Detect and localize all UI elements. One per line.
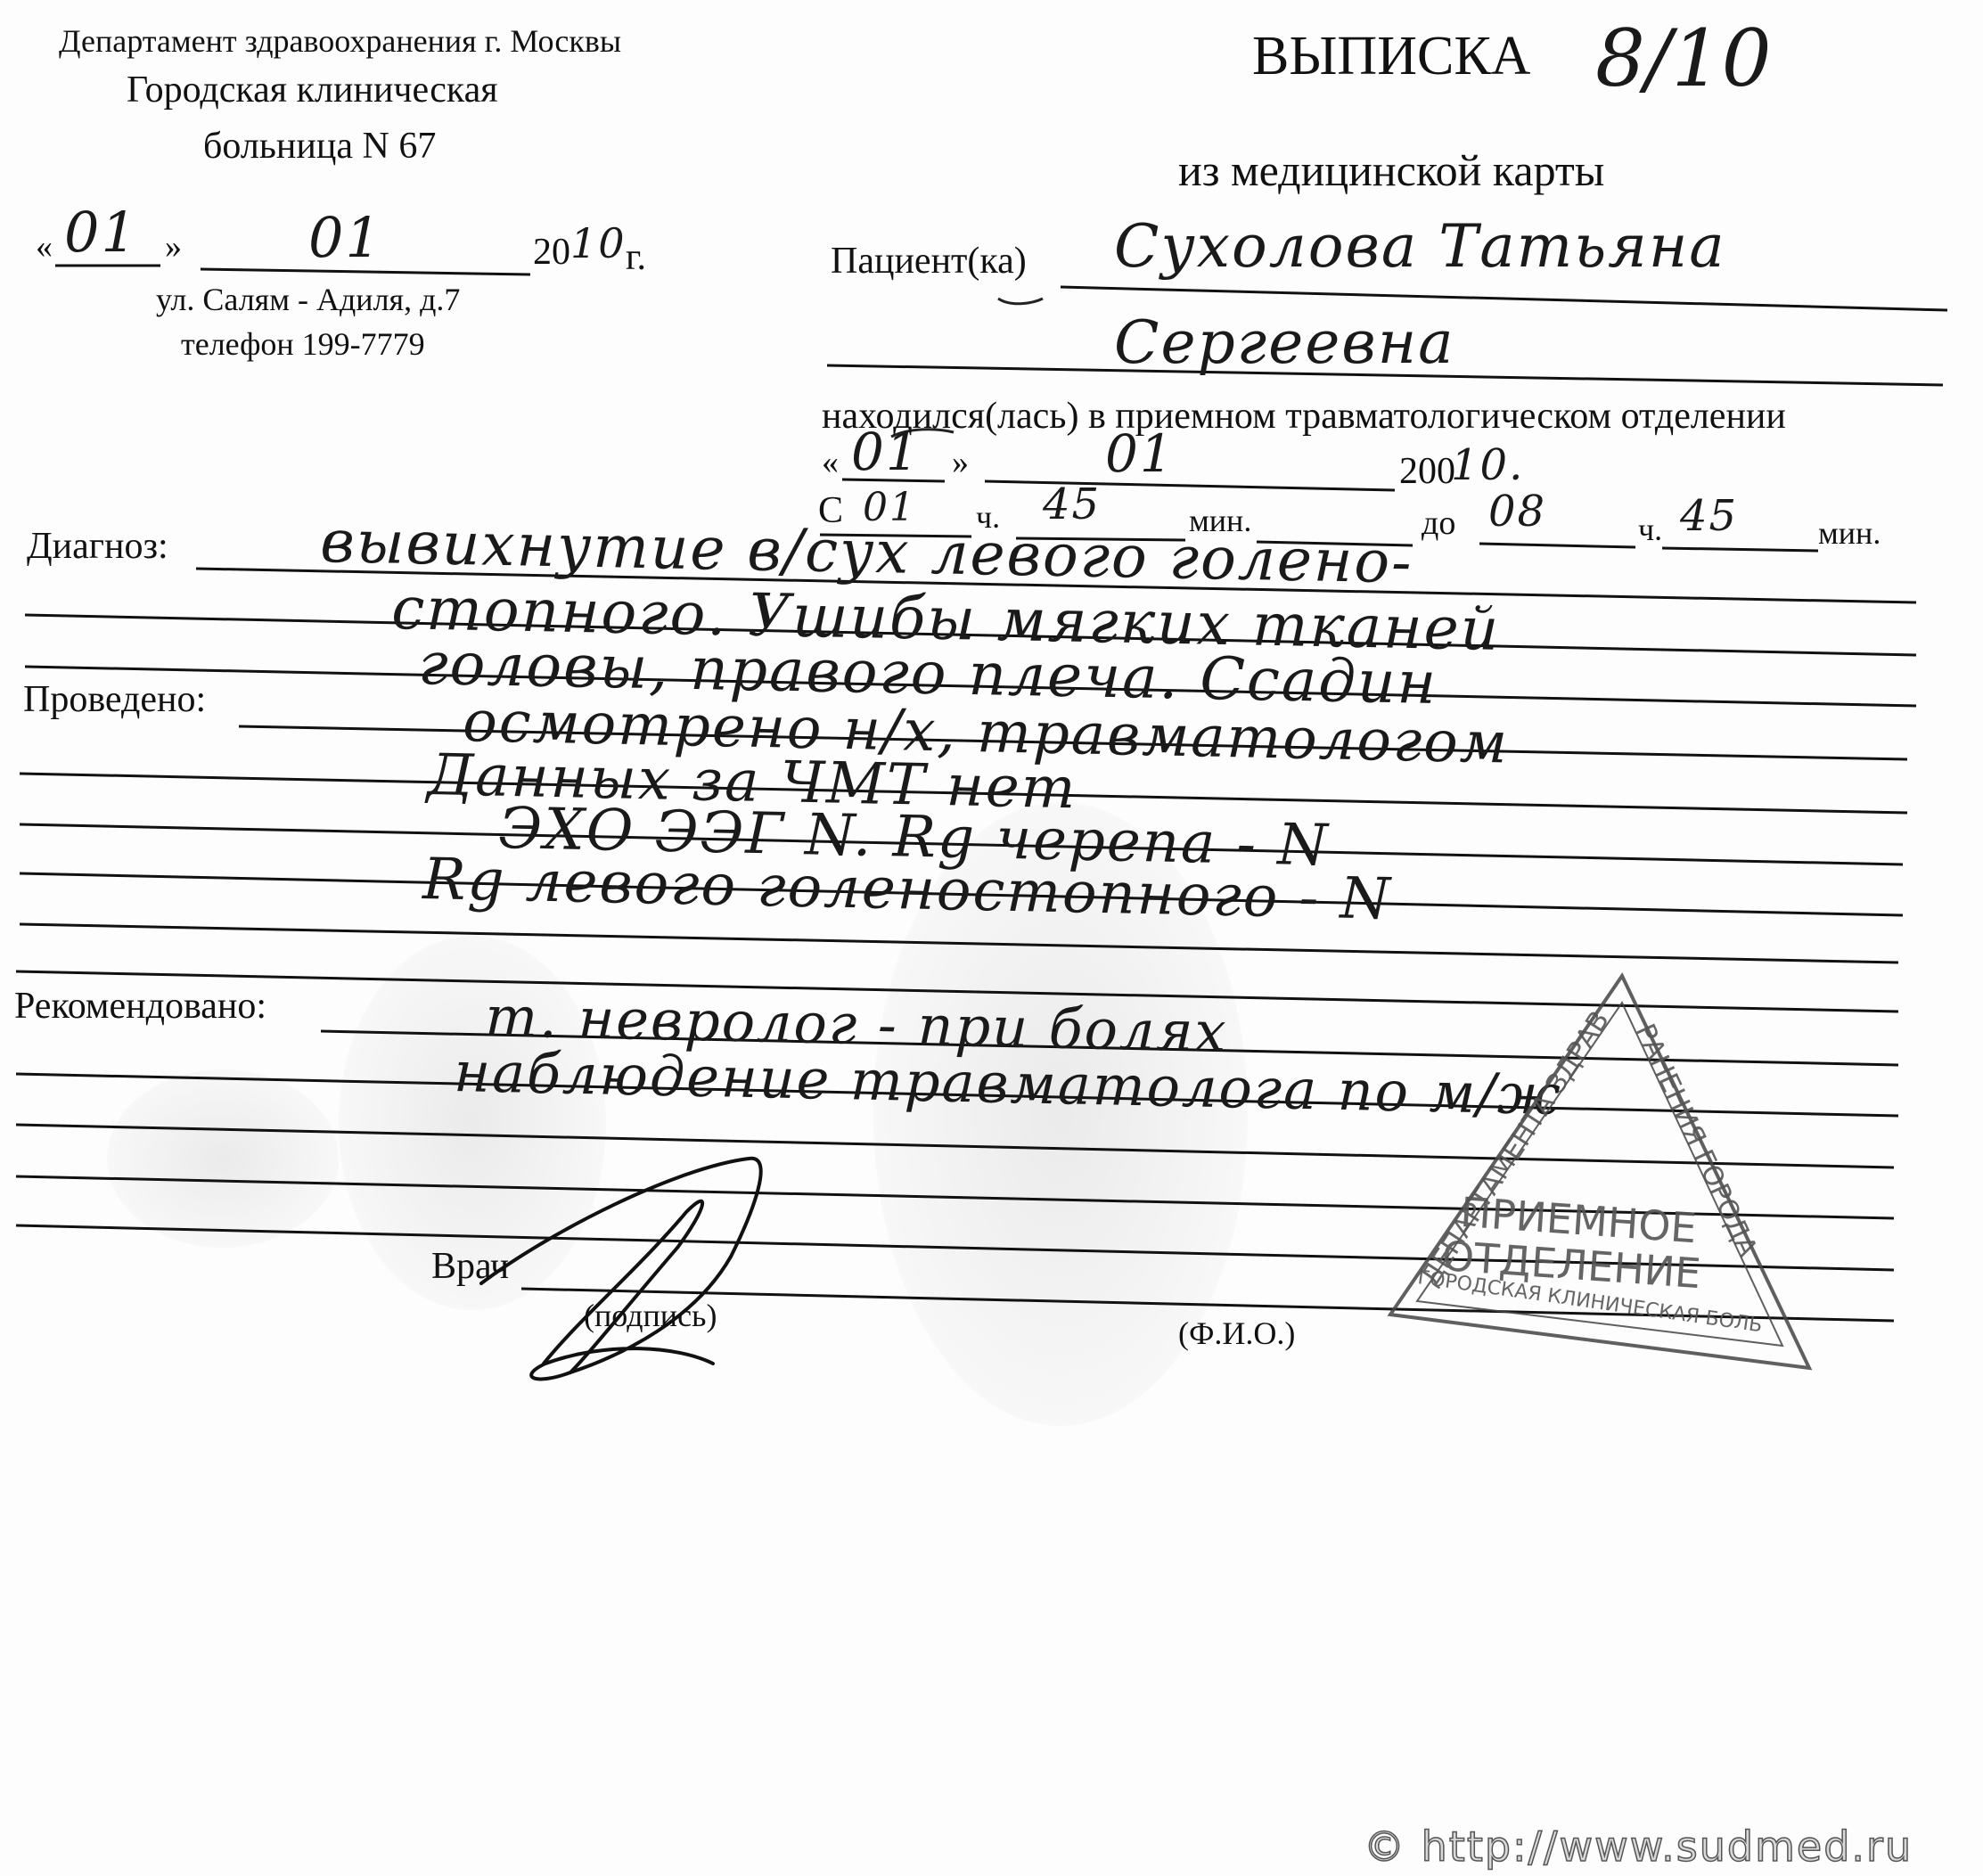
stay-description: находился(лась) в приемном травматологич… [822, 397, 1786, 435]
hospital-phone: телефон 199-7779 [181, 328, 425, 360]
stay-year-prefix: 200 [1399, 453, 1455, 490]
signature-caption: (подпись) [584, 1299, 717, 1331]
department-name: Департамент здравоохранения г. Москвы [59, 25, 621, 57]
time-to-label: до [1422, 506, 1455, 540]
patient-name-line2: Сергеевна [1114, 314, 1455, 373]
date-year-handwritten: 10 [570, 223, 627, 264]
date-open-quote: « [36, 230, 53, 264]
recommendations-label: Рекомендовано: [14, 987, 266, 1025]
time-to-minutes-handwritten: 45 [1680, 495, 1738, 537]
patient-name-line1: Сухолова Татьяна [1114, 217, 1726, 276]
time-to-hours-handwritten: 08 [1488, 490, 1546, 533]
date-month-handwritten: 01 [308, 210, 382, 266]
time-to-hours-label: ч. [1638, 513, 1662, 545]
stay-month-handwritten: 01 [1105, 428, 1175, 479]
patient-label: Пациент(ка) [831, 242, 1027, 280]
hospital-name-line2: больница N 67 [203, 127, 436, 165]
document-number-handwritten: 8/10 [1595, 20, 1772, 98]
document-subtitle: из медицинской карты [1178, 148, 1604, 193]
department-stamp: ДЕПАРТАМЕНТА ЗДРАВООХ РАНЕНИЯ ГОРОДА ГОР… [1364, 967, 1827, 1377]
name-caption: (Ф.И.О.) [1178, 1317, 1295, 1349]
hospital-name-line1: Городская клиническая [127, 71, 498, 109]
stay-open-quote: « [822, 446, 839, 479]
time-from-minutes-handwritten: 45 [1043, 483, 1101, 526]
watermark-text: © http://www.sudmed.ru [1364, 1823, 1913, 1871]
date-year-prefix: 20 [533, 233, 570, 271]
doctor-label: Врач [431, 1248, 509, 1285]
document-title: ВЫПИСКА [1252, 29, 1530, 84]
stay-close-quote: » [952, 446, 969, 479]
time-to-minutes-label: мин. [1818, 517, 1881, 549]
date-close-quote: » [165, 230, 182, 264]
stay-day-handwritten: 01 [851, 426, 921, 478]
diagnosis-label: Диагноз: [27, 528, 168, 565]
date-year-suffix: г. [626, 239, 646, 276]
hospital-address: ул. Салям - Адиля, д.7 [156, 283, 460, 315]
stay-year-handwritten: 10. [1451, 444, 1524, 487]
procedures-label: Проведено: [23, 681, 206, 718]
document-page: Департамент здравоохранения г. Москвы Го… [0, 0, 1983, 1876]
date-day-handwritten: 01 [64, 205, 138, 260]
